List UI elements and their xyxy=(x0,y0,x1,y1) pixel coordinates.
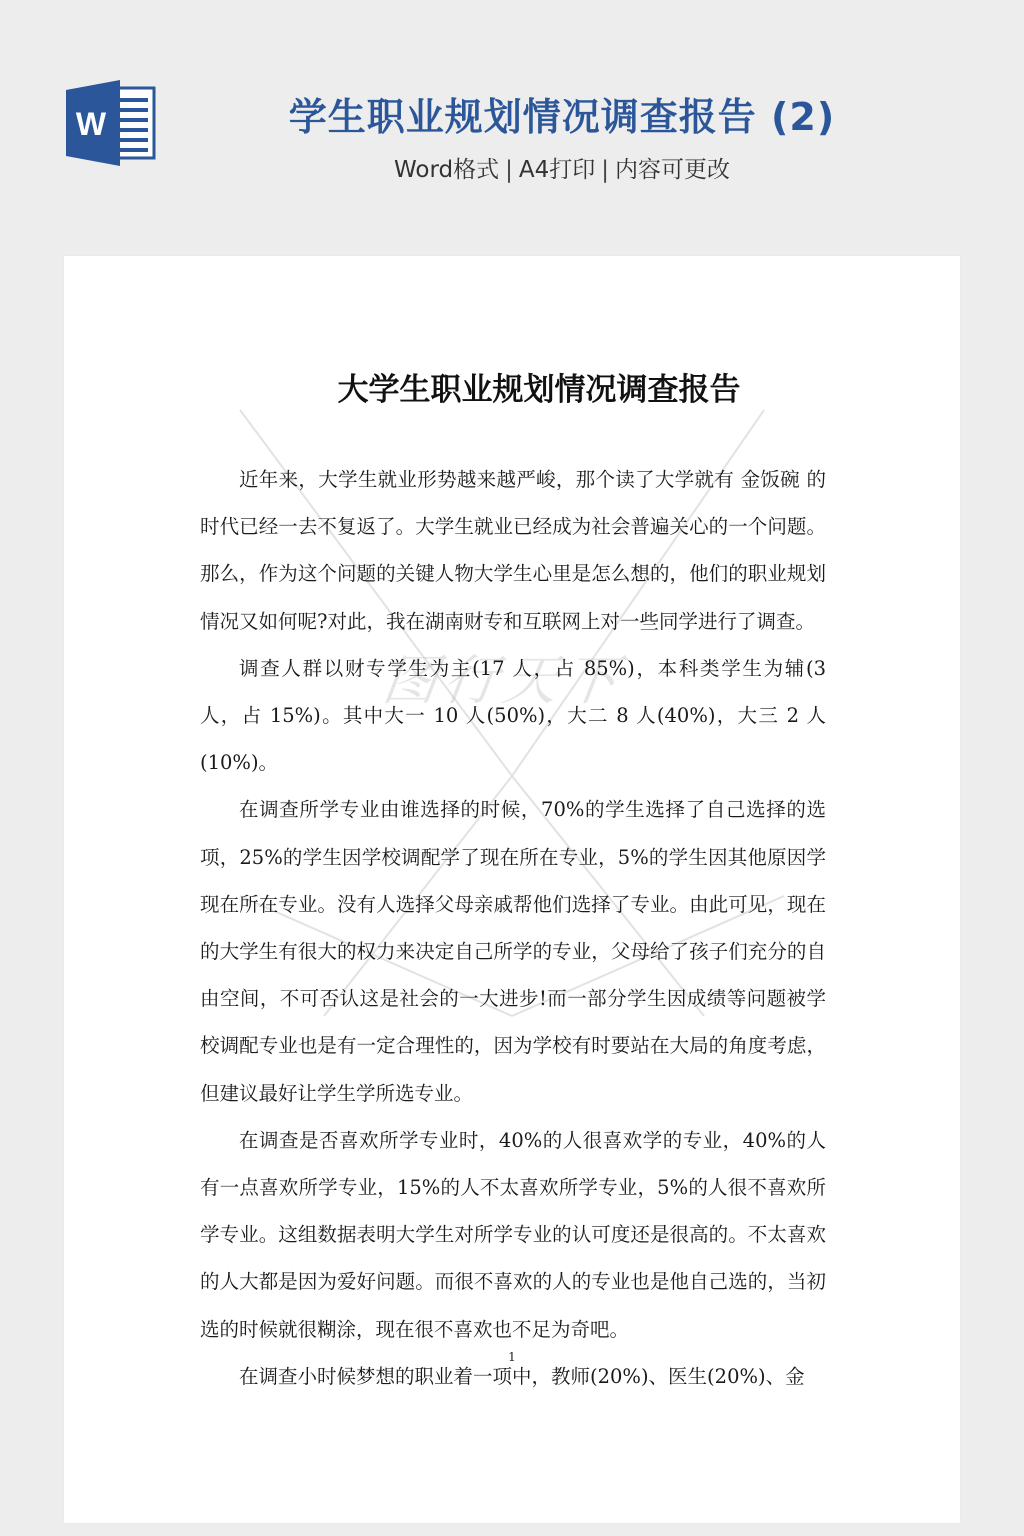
paragraph: 调查人群以财专学生为主(17 人，占 85%)，本科类学生为辅(3 人，占 15… xyxy=(200,645,826,787)
subtitle-separator: | xyxy=(505,152,513,188)
header-banner: W 学生职业规划情况调查报告 (2) Word格式|A4打印|内容可更改 xyxy=(0,0,1024,256)
subtitle-format: Word格式 xyxy=(394,157,499,183)
document-body: 近年来，大学生就业形势越来越严峻，那个读了大学就有 金饭碗 的时代已经一去不复返… xyxy=(200,456,826,1400)
page-number: 1 xyxy=(64,1350,960,1364)
document-page: 图行天下 大学生职业规划情况调查报告 近年来，大学生就业形势越来越严峻，那个读了… xyxy=(64,256,960,1523)
subtitle-separator: | xyxy=(601,152,609,188)
paragraph: 近年来，大学生就业形势越来越严峻，那个读了大学就有 金饭碗 的时代已经一去不复返… xyxy=(200,456,826,645)
document-title: 大学生职业规划情况调查报告 xyxy=(64,364,960,416)
paragraph: 在调查是否喜欢所学专业时，40%的人很喜欢学的专业，40%的人有一点喜欢所学专业… xyxy=(200,1117,826,1353)
paragraph: 在调查所学专业由谁选择的时候，70%的学生选择了自己选择的选项，25%的学生因学… xyxy=(200,786,826,1116)
banner-title: 学生职业规划情况调查报告 (2) xyxy=(0,92,1024,142)
subtitle-editable: 内容可更改 xyxy=(615,157,730,183)
subtitle-print: A4打印 xyxy=(519,157,595,183)
banner-subtitle: Word格式|A4打印|内容可更改 xyxy=(0,152,1024,188)
